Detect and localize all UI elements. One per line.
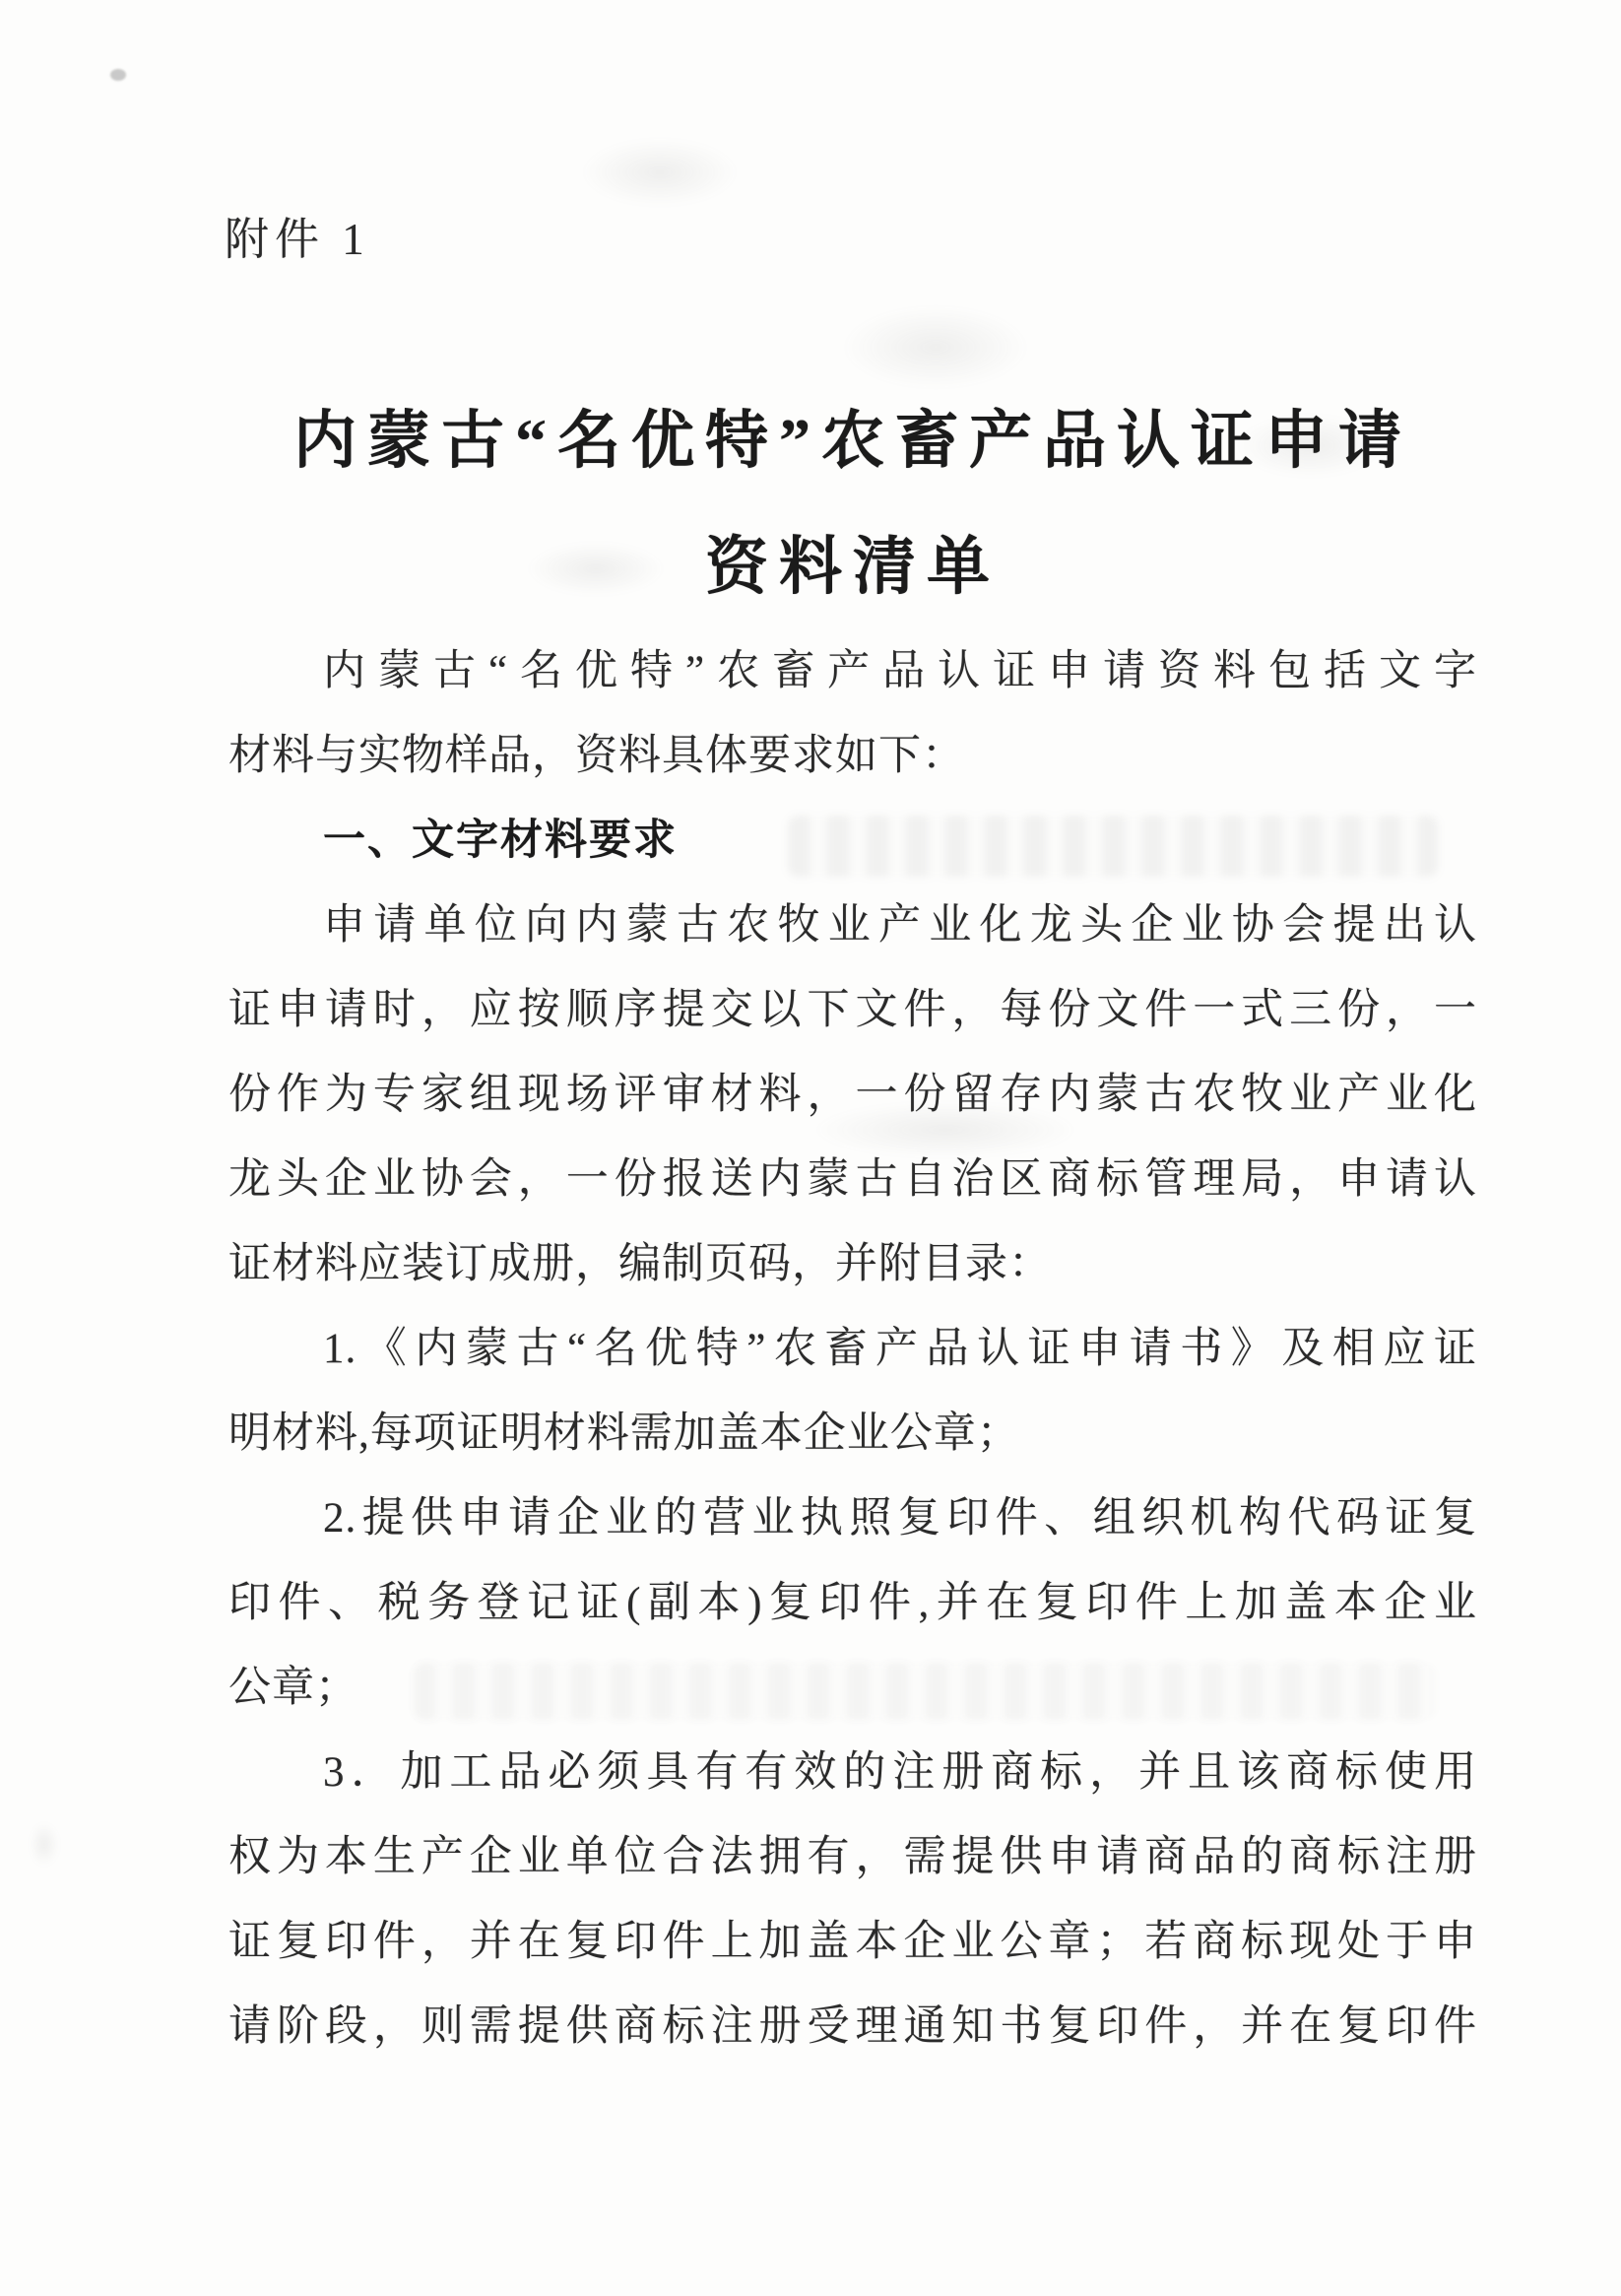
scanned-document-page: 附件 1 内蒙古“名优特”农畜产品认证申请 资料清单 内蒙古“名优特”农畜产品认… [0, 0, 1621, 2296]
bleed-through-smudge [842, 305, 1029, 389]
body-line: 请阶段，则需提供商标注册受理通知书复印件，并在复印件 [228, 1985, 1477, 2069]
document-title-line-1: 内蒙古“名优特”农畜产品认证申请 [228, 390, 1477, 481]
list-item-2: 2.提供申请企业的营业执照复印件、组织机构代码证复 [228, 1476, 1477, 1561]
body-line: 证材料应装订成册，编制页码，并附目录： [228, 1222, 1477, 1307]
section-heading: 一、文字材料要求 [228, 799, 1477, 884]
body-line: 龙头企业协会，一份报送内蒙古自治区商标管理局，申请认 [228, 1138, 1477, 1222]
body-line: 权为本生产企业单位合法拥有，需提供申请商品的商标注册 [228, 1815, 1477, 1900]
document-title-line-2: 资料清单 [228, 516, 1477, 607]
document-body: 内蒙古“名优特”农畜产品认证申请资料包括文字 材料与实物样品，资料具体要求如下：… [228, 629, 1477, 2069]
body-line: 证申请时，应按顺序提交以下文件，每份文件一式三份，一 [228, 968, 1477, 1053]
body-line: 证复印件，并在复印件上加盖本企业公章；若商标现处于申 [228, 1900, 1477, 1985]
body-line: 公章； [228, 1646, 1477, 1731]
list-item-3: 3．加工品必须具有有效的注册商标，并且该商标使用 [228, 1731, 1477, 1815]
body-line: 材料与实物样品，资料具体要求如下： [228, 714, 1477, 799]
list-item-1: 1.《内蒙古“名优特”农畜产品认证申请书》及相应证 [228, 1307, 1477, 1392]
bleed-through-smudge [581, 138, 739, 207]
attachment-label: 附件 1 [225, 203, 370, 267]
body-line: 份作为专家组现场评审材料，一份留存内蒙古农牧业产业化 [228, 1053, 1477, 1138]
bleed-through-smudge [30, 1822, 59, 1867]
body-line: 申请单位向内蒙古农牧业产业化龙头企业协会提出认 [228, 884, 1477, 968]
body-line: 内蒙古“名优特”农畜产品认证申请资料包括文字 [228, 629, 1477, 714]
body-line: 印件、税务登记证(副本)复印件,并在复印件上加盖本企业 [228, 1561, 1477, 1646]
scan-speck [110, 69, 126, 81]
body-line: 明材料,每项证明材料需加盖本企业公章； [228, 1392, 1477, 1476]
